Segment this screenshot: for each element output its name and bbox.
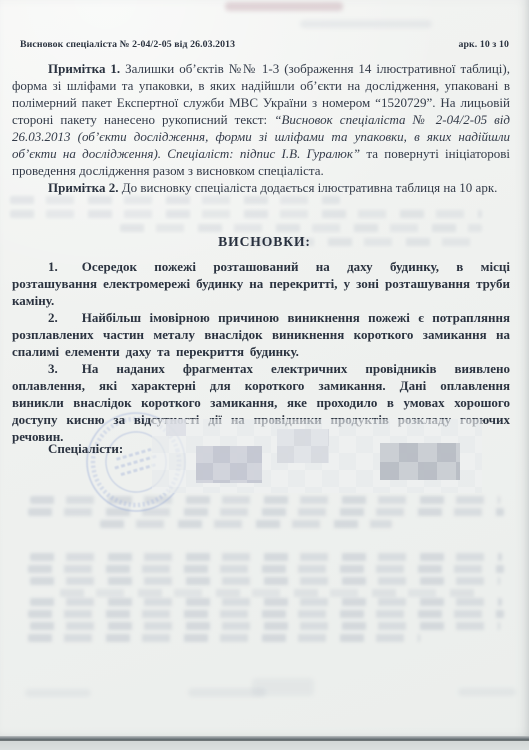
conclusion-text: Осередок пожежі розташований на даху буд… xyxy=(12,259,510,308)
redaction-block xyxy=(196,446,262,483)
note-1: Примітка 1. Залишки об’єктів №№ 1-3 (зоб… xyxy=(12,60,510,179)
page-indicator: арк. 10 з 10 xyxy=(458,39,509,50)
note-2-label: Примітка 2. xyxy=(48,180,118,195)
scanner-bed xyxy=(0,741,529,750)
signature-label: Спеціалісти: xyxy=(48,441,123,457)
header-doc-title: Висновок спеціаліста № 2-04/2-05 від 26.… xyxy=(20,39,235,50)
conclusion-number: 3. xyxy=(48,361,82,376)
bleedthrough-smudge xyxy=(225,2,343,11)
redaction-block xyxy=(166,419,186,436)
scanned-document-page: Висновок спеціаліста № 2-04/2-05 від 26.… xyxy=(0,0,529,741)
redaction-block xyxy=(277,429,329,463)
document-header: Висновок спеціаліста № 2-04/2-05 від 26.… xyxy=(20,39,509,50)
note-1-label: Примітка 1. xyxy=(48,61,120,76)
bleedthrough-smudge xyxy=(300,20,432,28)
notes-section: Примітка 1. Залишки об’єктів №№ 1-3 (зоб… xyxy=(12,60,510,196)
conclusion-text: Найбільш імовірною причиною виникнення п… xyxy=(12,310,510,359)
conclusion-item-1: 1.Осередок пожежі розташований на даху б… xyxy=(12,258,510,309)
conclusions-heading: ВИСНОВКИ: xyxy=(0,234,529,250)
conclusions-list: 1.Осередок пожежі розташований на даху б… xyxy=(12,258,510,445)
redaction-block xyxy=(380,443,460,480)
conclusion-item-2: 2.Найбільш імовірною причиною виникнення… xyxy=(12,309,510,360)
note-2: Примітка 2. До висновку спеціаліста дода… xyxy=(12,179,510,196)
conclusion-number: 1. xyxy=(48,259,82,274)
conclusion-number: 2. xyxy=(48,310,82,325)
note-2-text: До висновку спеціаліста додається ілюстр… xyxy=(122,180,498,195)
